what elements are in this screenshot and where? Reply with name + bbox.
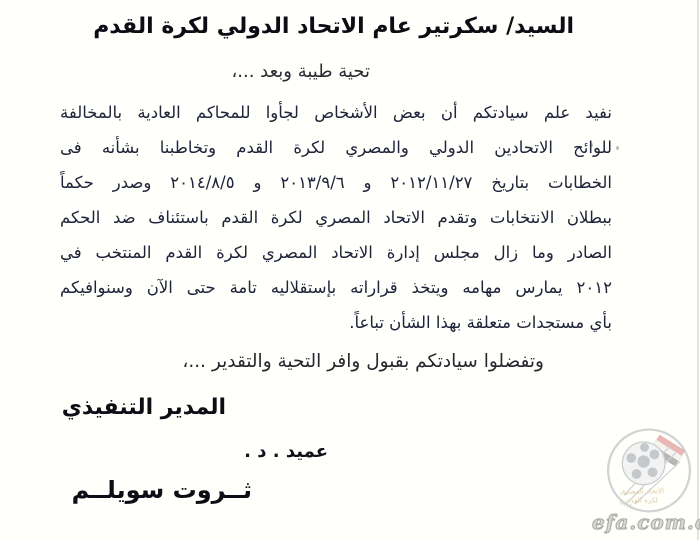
- body-line-1: نفيد علم سيادتكم أن بعض الأشخاص لجأوا لل…: [60, 95, 612, 130]
- closing-line: وتفضلوا سيادتكم بقبول وافر التحية والتقد…: [182, 351, 544, 372]
- efa-crest-watermark-icon: الاتحاد المصرى لكرة القدم EGYPTIANFA: [604, 426, 694, 522]
- efa-logo-arabic-line2: لكرة القدم: [626, 495, 658, 504]
- scanned-letter-page: السيد/ سكرتير عام الاتحاد الدولي لكرة ال…: [0, 0, 700, 540]
- body-line-6: ٢٠١٢ يمارس مهامه ويتخذ قراراته بإستقلالي…: [60, 270, 612, 305]
- efa-website-watermark: efa.com.eg: [592, 510, 698, 534]
- recipient-line: السيد/ سكرتير عام الاتحاد الدولي لكرة ال…: [93, 14, 574, 39]
- greeting-line: تحية طيبة وبعد ...،: [231, 61, 370, 82]
- body-line-5: الصادر وما زال مجلس إدارة الاتحاد المصري…: [60, 235, 612, 270]
- body-line-2: للوائح الاتحادين الدولي والمصري لكرة الق…: [60, 130, 612, 165]
- efa-logo-arabic-line1: الاتحاد المصرى: [620, 487, 664, 496]
- letter-body: نفيد علم سيادتكم أن بعض الأشخاص لجأوا لل…: [60, 95, 612, 340]
- scan-edge-artifact: [697, 0, 699, 540]
- body-line-4: ببطلان الانتخابات وتقدم الاتحاد المصري ل…: [60, 200, 612, 235]
- signature-rank: عميد . د .: [244, 441, 328, 462]
- signature-title: المدير التنفيذي: [62, 395, 226, 420]
- body-line-7: بأي مستجدات متعلقة بهذا الشأن تباعاً.: [60, 305, 612, 340]
- body-line-3: الخطابات بتاريخ ٢٠١٢/١١/٢٧ و ٢٠١٣/٩/٦ و …: [60, 165, 612, 200]
- signature-name: ثــروت سويلــم: [72, 476, 252, 504]
- scan-speck: [616, 146, 619, 150]
